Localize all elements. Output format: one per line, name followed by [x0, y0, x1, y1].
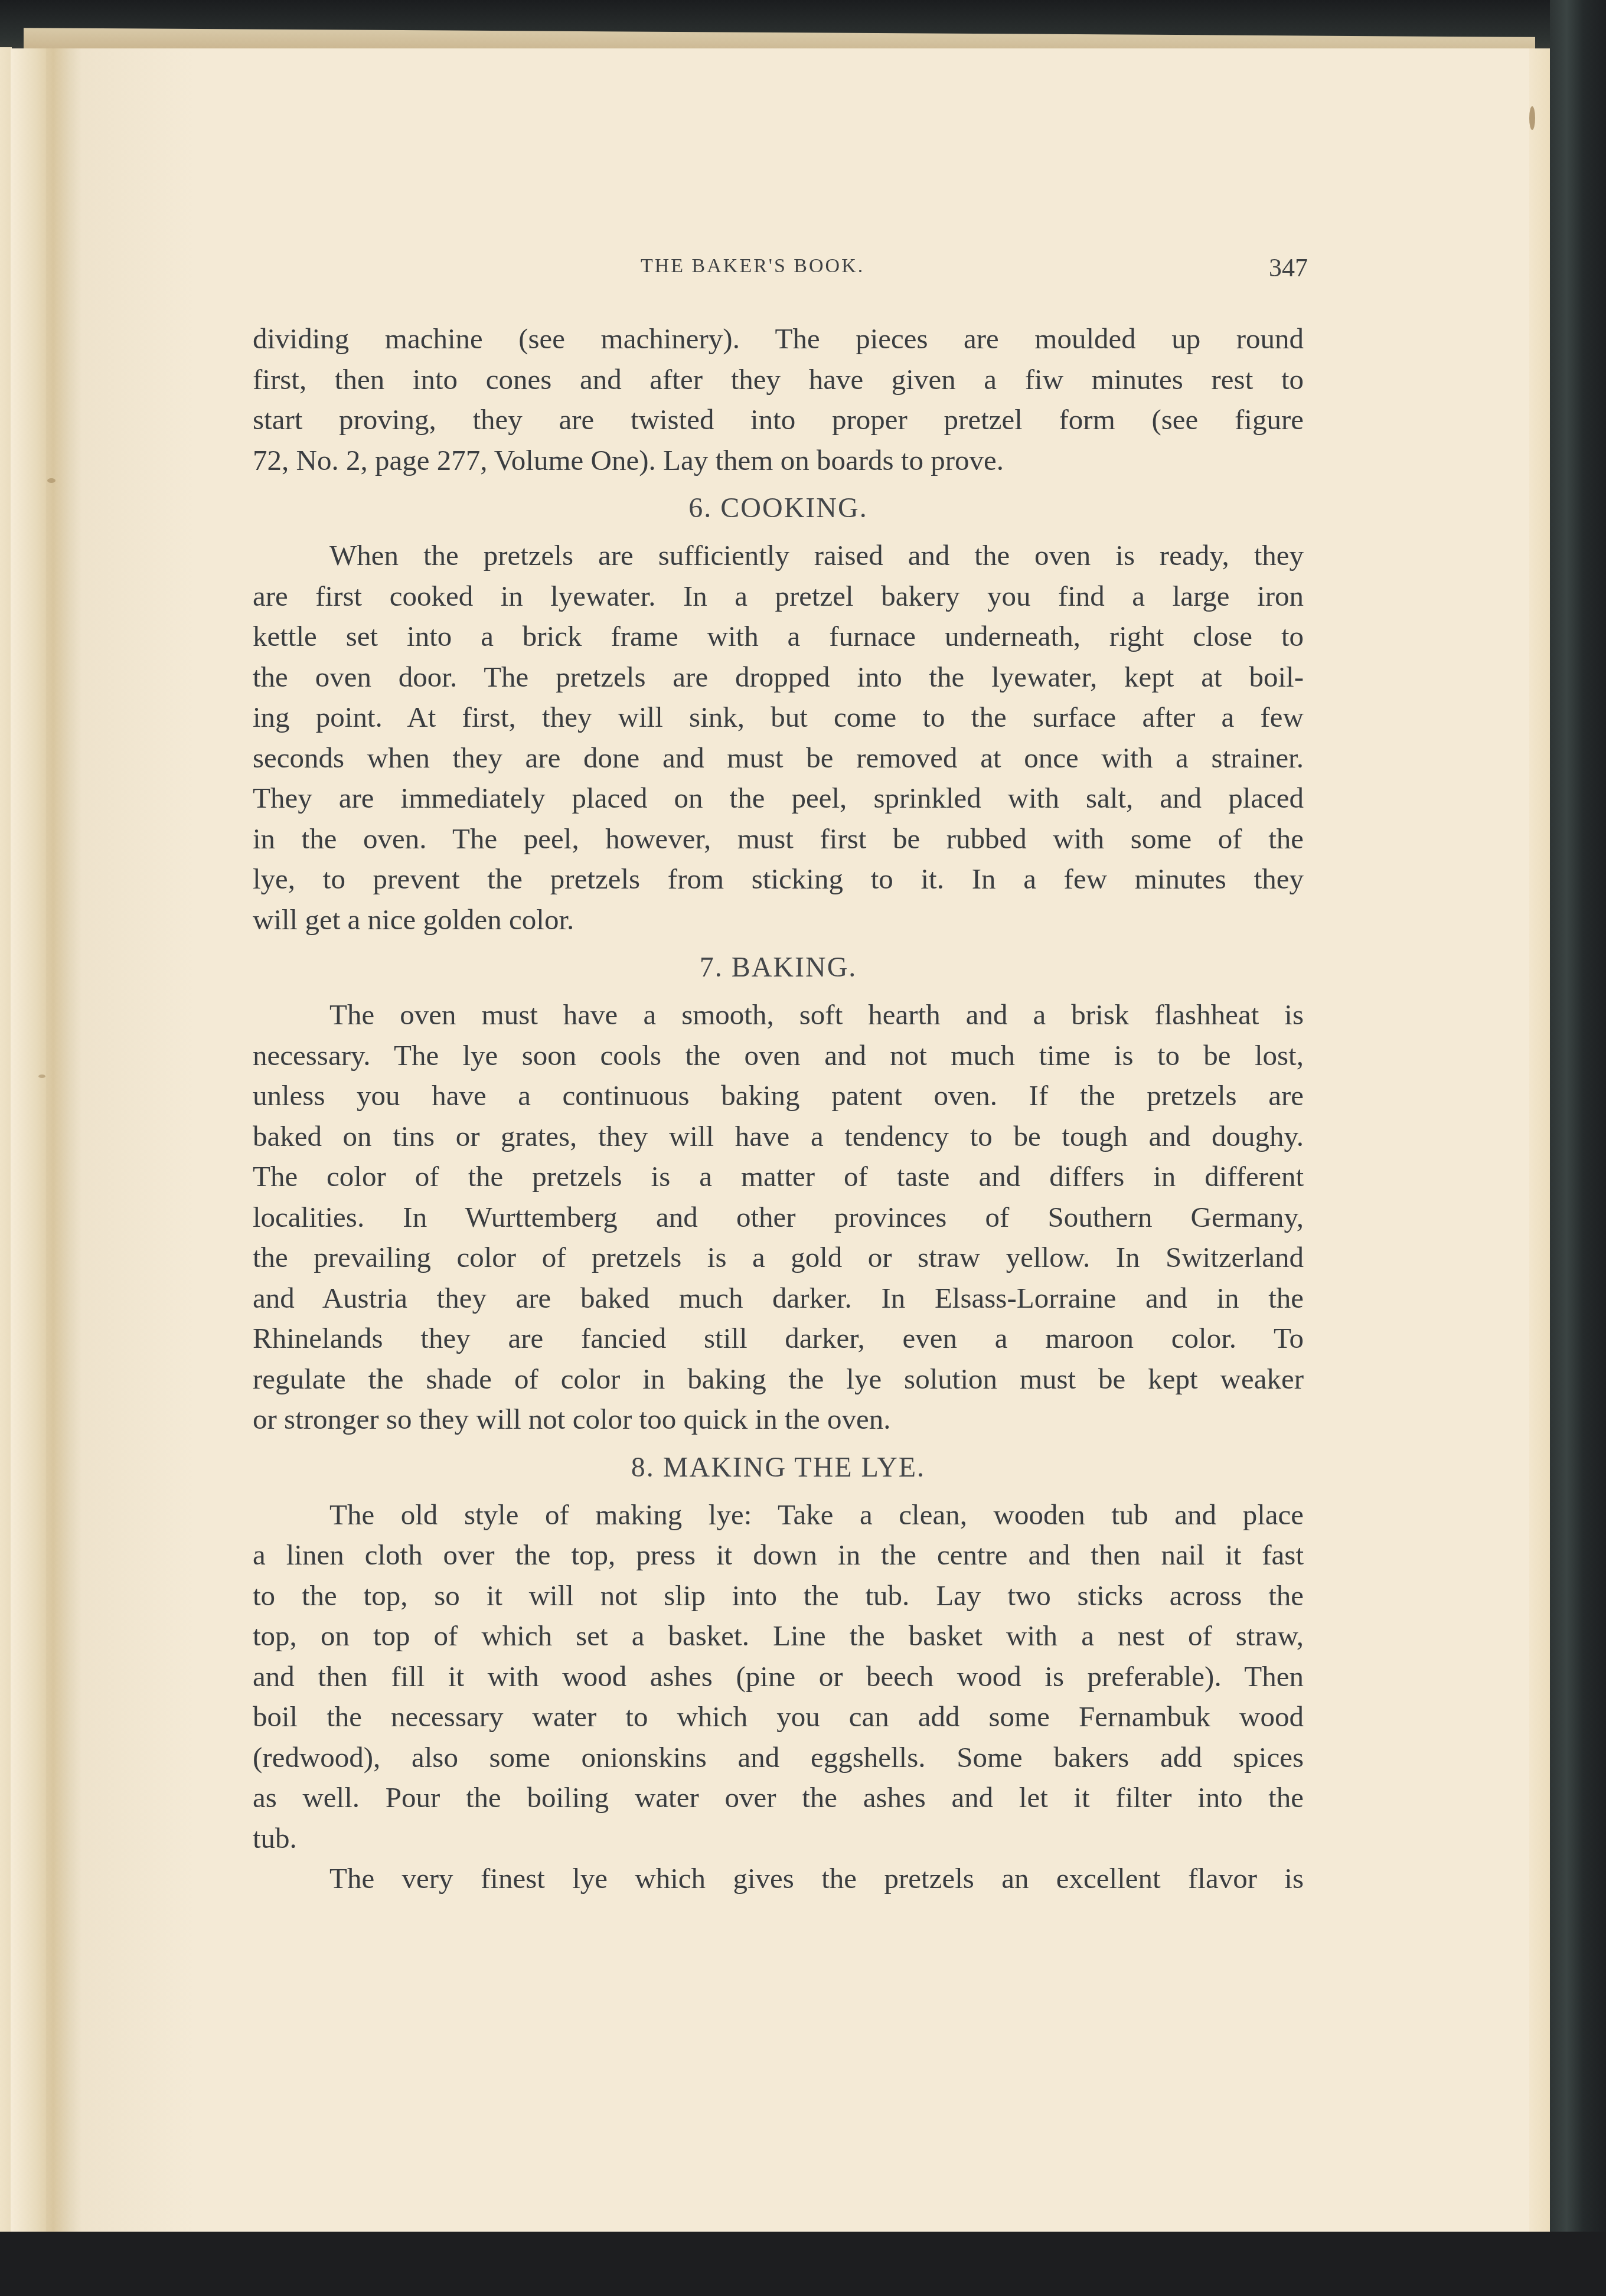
foxing-spot: [1529, 106, 1535, 130]
section-heading: 7. BAKING.: [253, 940, 1304, 995]
text-line: lye, to prevent the pretzels from sticki…: [253, 859, 1304, 900]
text-line: in the oven. The peel, however, must fir…: [253, 819, 1304, 860]
paragraph: The oven must have a smooth, soft hearth…: [253, 995, 1304, 1440]
paragraph: When the pretzels are sufficiently raise…: [253, 535, 1304, 940]
book-cover-right: [1550, 0, 1606, 2296]
body-text: dividing machine (see machinery). The pi…: [253, 319, 1304, 1899]
text-line: 72, No. 2, page 277, Volume One). Lay th…: [253, 440, 1304, 481]
page-number: 347: [1269, 253, 1308, 283]
text-line: localities. In Wurttemberg and other pro…: [253, 1197, 1304, 1238]
text-line: and then fill it with wood ashes (pine o…: [253, 1657, 1304, 1697]
text-line: The oven must have a smooth, soft hearth…: [253, 995, 1304, 1036]
text-line: The old style of making lye: Take a clea…: [253, 1495, 1304, 1536]
running-head: THE BAKER'S BOOK. 347: [641, 255, 1308, 290]
text-line: The very finest lye which gives the pret…: [253, 1859, 1304, 1899]
text-line: the prevailing color of pretzels is a go…: [253, 1237, 1304, 1278]
text-line: will get a nice golden color.: [253, 900, 1304, 940]
text-line: to the top, so it will not slip into the…: [253, 1576, 1304, 1616]
section-heading: 6. COOKING.: [253, 481, 1304, 535]
section-baking: 7. BAKING. The oven must have a smooth, …: [253, 940, 1304, 1440]
text-line: first, then into cones and after they ha…: [253, 360, 1304, 400]
paragraph: The old style of making lye: Take a clea…: [253, 1495, 1304, 1859]
text-line: Rhinelands they are fancied still darker…: [253, 1318, 1304, 1359]
section-heading: 8. MAKING THE LYE.: [253, 1440, 1304, 1495]
text-line: dividing machine (see machinery). The pi…: [253, 319, 1304, 360]
section-cooking: 6. COOKING. When the pretzels are suffic…: [253, 481, 1304, 940]
text-line: regulate the shade of color in baking th…: [253, 1359, 1304, 1400]
text-line: (redwood), also some onionskins and eggs…: [253, 1737, 1304, 1778]
continuation-paragraph: dividing machine (see machinery). The pi…: [253, 319, 1304, 481]
page-fore-edge: [1529, 48, 1553, 2233]
foxing-spot: [47, 478, 56, 483]
section-making-the-lye: 8. MAKING THE LYE. The old style of maki…: [253, 1440, 1304, 1899]
text-line: tub.: [253, 1818, 1304, 1859]
text-line: kettle set into a brick frame with a fur…: [253, 616, 1304, 657]
text-line: When the pretzels are sufficiently raise…: [253, 535, 1304, 576]
text-line: start proving, they are twisted into pro…: [253, 400, 1304, 440]
text-line: a linen cloth over the top, press it dow…: [253, 1535, 1304, 1576]
text-line: are first cooked in lyewater. In a pretz…: [253, 576, 1304, 617]
text-line: The color of the pretzels is a matter of…: [253, 1157, 1304, 1197]
text-line: top, on top of which set a basket. Line …: [253, 1616, 1304, 1657]
text-line: ing point. At first, they will sink, but…: [253, 697, 1304, 738]
running-title: THE BAKER'S BOOK.: [641, 255, 864, 277]
text-line: unless you have a continuous baking pate…: [253, 1076, 1304, 1116]
book-cover-bottom: [0, 2232, 1606, 2296]
text-line: as well. Pour the boiling water over the…: [253, 1778, 1304, 1818]
text-line: They are immediately placed on the peel,…: [253, 778, 1304, 819]
text-line: or stronger so they will not color too q…: [253, 1399, 1304, 1440]
paragraph: The very finest lye which gives the pret…: [253, 1859, 1304, 1899]
previous-page-leaf: [0, 47, 12, 2232]
text-line: the oven door. The pretzels are dropped …: [253, 657, 1304, 698]
foxing-spot: [38, 1074, 45, 1078]
text-line: baked on tins or grates, they will have …: [253, 1116, 1304, 1157]
text-line: and Austria they are baked much darker. …: [253, 1278, 1304, 1319]
text-line: seconds when they are done and must be r…: [253, 738, 1304, 779]
text-line: necessary. The lye soon cools the oven a…: [253, 1036, 1304, 1076]
text-line: boil the necessary water to which you ca…: [253, 1697, 1304, 1737]
